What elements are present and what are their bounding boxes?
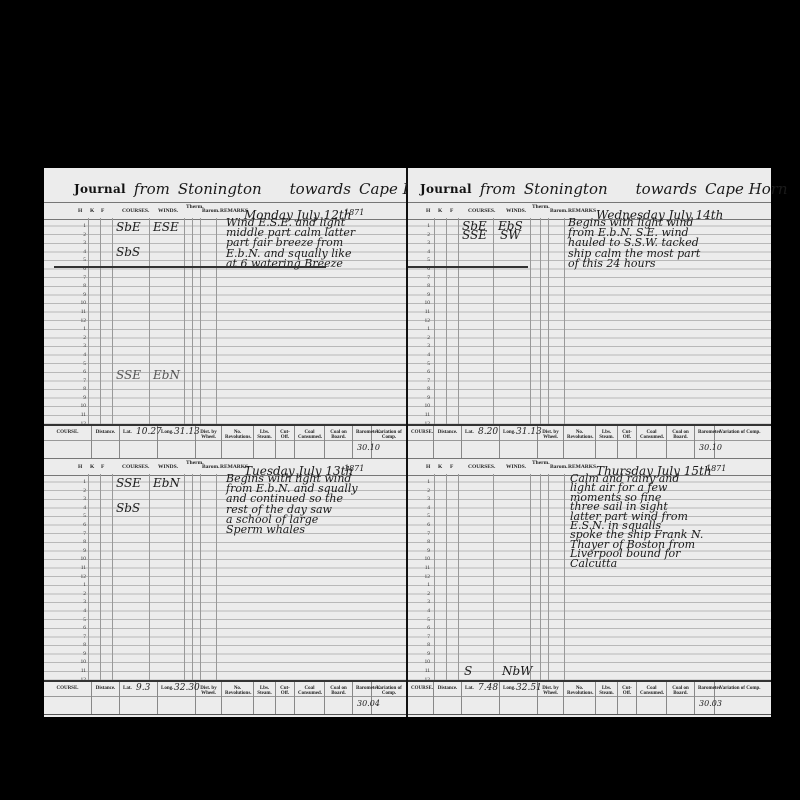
- course-entry: SSE: [462, 228, 487, 242]
- col-therm: Therm.: [186, 204, 204, 210]
- title-towards-word: towards: [636, 180, 697, 198]
- wind-entry: NbW: [502, 664, 533, 678]
- title-towards-word: towards: [290, 180, 351, 198]
- log-entry-left-bottom: H K F COURSES. WINDS. Therm. Barom. REMA…: [44, 458, 406, 714]
- hourly-grid: 123456789101112123456789101112 SbE SbS S…: [44, 218, 406, 424]
- daily-summary-row: COURSE. Distance. Lat.7.48 Long.32.51 Di…: [408, 680, 771, 715]
- course-entry: S: [464, 664, 472, 678]
- hour-column: 123456789101112123456789101112: [416, 222, 430, 428]
- hourly-grid: 123456789101112123456789101112 SbE SSE E…: [408, 218, 771, 424]
- title-origin: Stonington: [178, 180, 262, 198]
- ink-rule-line: [54, 266, 326, 268]
- log-entry-left-top: H K F COURSES. WINDS. Therm. Barom. REMA…: [44, 202, 406, 456]
- entry-year: 1871: [706, 464, 726, 473]
- course-entry: SSE: [116, 368, 141, 382]
- latitude-value: 9.3: [136, 683, 150, 693]
- latitude-value: 7.48: [478, 683, 498, 693]
- wind-entry: ESE: [153, 220, 179, 234]
- daily-summary-row: COURSE. Distance. Lat.9.3 Long.32.30 Dis…: [44, 680, 406, 715]
- title-origin: Stonington: [524, 180, 608, 198]
- course-entry: SSE: [116, 476, 141, 490]
- remarks-text: Begins with light wind from E.b.N. and s…: [226, 474, 358, 535]
- col-f: F: [101, 208, 104, 214]
- remarks-text: Wind E.S.E. and light middle part calm l…: [226, 218, 355, 269]
- title-from-word: from: [134, 180, 170, 198]
- title-from-word: from: [480, 180, 516, 198]
- ink-rule-line: [408, 266, 528, 268]
- col-courses: COURSES.: [122, 208, 149, 214]
- wind-entry: SW: [500, 228, 521, 242]
- journal-label: Journal: [74, 182, 126, 196]
- col-h: H: [78, 208, 82, 214]
- col-k: K: [90, 208, 94, 214]
- journal-title: Journal from Stonington towards Cape Hor…: [44, 176, 406, 202]
- logbook-page-right: Journal from Stonington towards Cape Hor…: [408, 168, 771, 717]
- hourly-grid: 123456789101112123456789101112 SSE SbS E…: [44, 474, 406, 680]
- log-entry-right-bottom: H K F COURSES. WINDS. Therm. Barom. REMA…: [408, 458, 771, 714]
- hour-column: 123456789101112123456789101112: [416, 478, 430, 684]
- wind-entry: EbN: [153, 476, 180, 490]
- remarks-text: Calm and rainy and light air for a few m…: [570, 474, 703, 568]
- course-entry: SbS: [116, 501, 140, 515]
- col-winds: WINDS.: [158, 208, 178, 214]
- log-entry-right-top: H K F COURSES. WINDS. Therm. Barom. REMA…: [408, 202, 771, 456]
- title-destination: Cape Horn: [705, 180, 788, 198]
- hour-column: 123456789101112123456789101112: [72, 478, 86, 684]
- logbook-page-left: Journal from Stonington towards Cape Hor…: [44, 168, 408, 717]
- course-entry: SbE: [116, 220, 141, 234]
- hourly-grid: 123456789101112123456789101112 S NbW Cal…: [408, 474, 771, 680]
- journal-title: Journal from Stonington towards Cape Hor…: [408, 176, 771, 202]
- latitude-value: 8.20: [478, 427, 498, 437]
- col-barom: Barom.: [202, 208, 219, 214]
- entry-year: 1871: [344, 208, 364, 217]
- course-entry: SbS: [116, 245, 140, 259]
- daily-summary-row: COURSE. Distance. Lat.8.20 Long.31.13 Di…: [408, 424, 771, 459]
- journal-label: Journal: [420, 182, 472, 196]
- hour-column: 123456789101112123456789101112: [72, 222, 86, 428]
- remarks-text: Begins with light wind from E.b.N. S.E. …: [568, 218, 700, 269]
- daily-summary-row: COURSE. Distance. Lat.10.27 Long.31.13 D…: [44, 424, 406, 459]
- wind-entry: EbN: [153, 368, 180, 382]
